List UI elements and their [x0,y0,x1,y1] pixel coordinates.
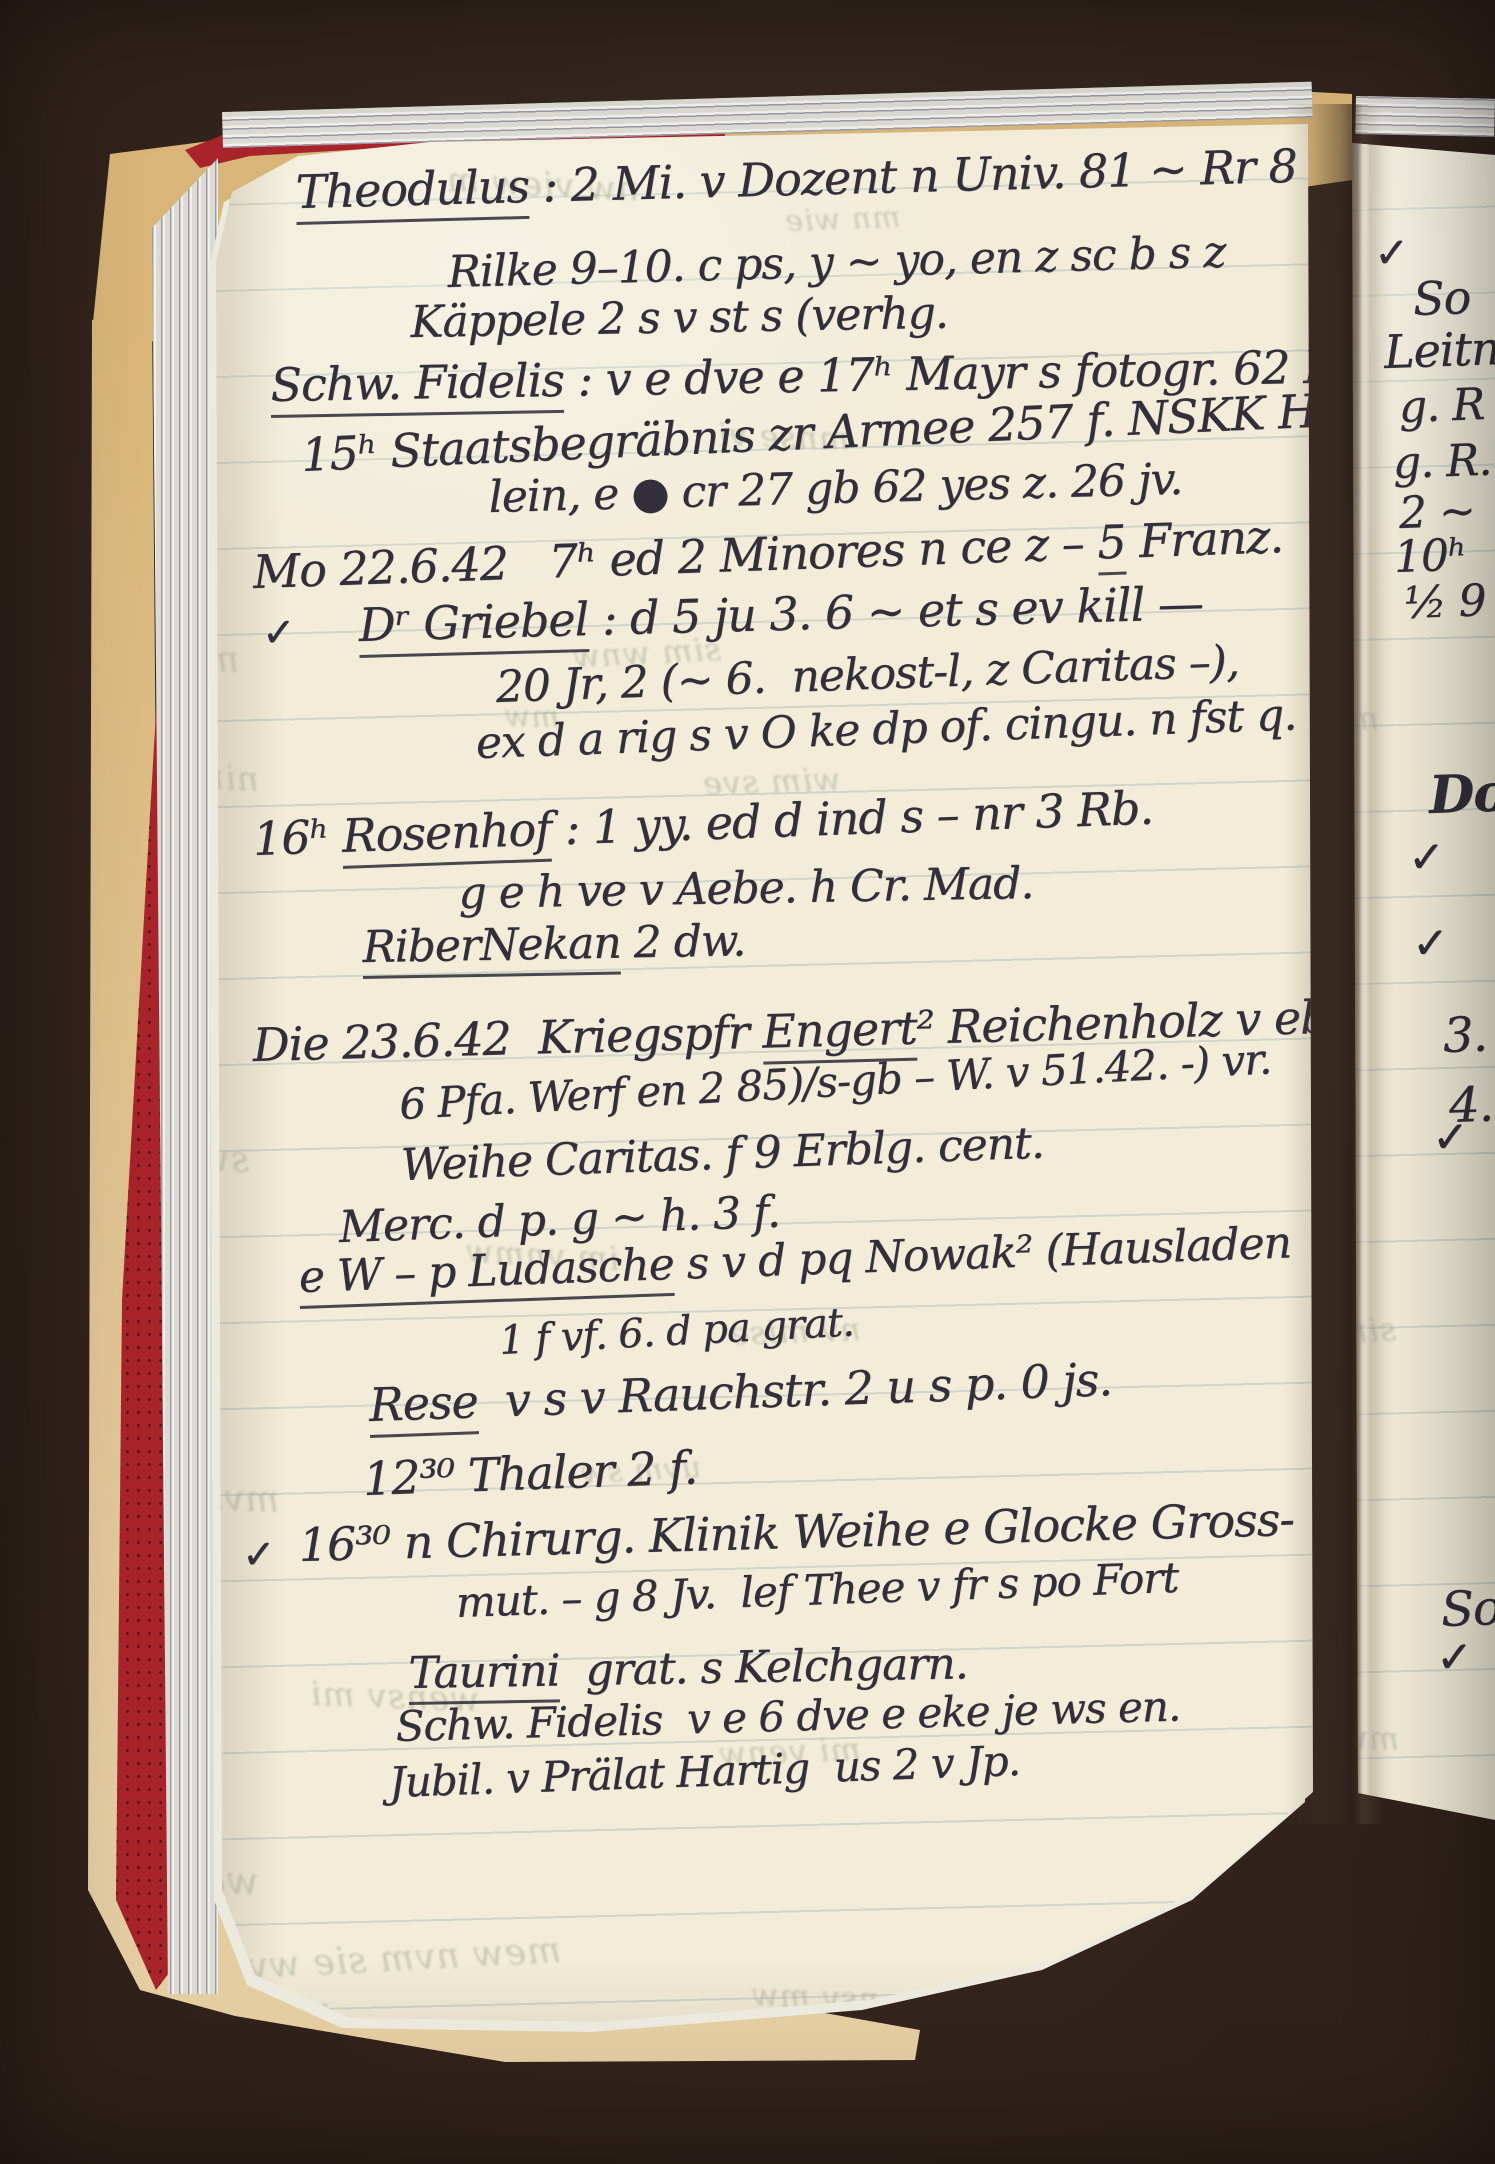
right-page: mvwsim vemw vn ✓SoLeitng. Rg. R.2 ~10ʰ½ … [1352,125,1495,1835]
handwriting-text: g e h ve v Aebe. h Cr. Mad. [458,858,1034,919]
handwriting-text: Weihe Caritas. f 9 Erblg. cent. [400,1118,1044,1191]
handwriting-text: Käppele 2 s v st s (verhg. [410,288,948,348]
handwriting-line: 10ʰ [1393,529,1467,582]
handwriting-line: Leitn [1383,321,1495,379]
handwriting-text: Leitn [1383,321,1495,379]
handwriting-text: 16ʰ [252,809,343,866]
left-page: nw view mmn wiemnse vimv wie mane ssim w… [215,120,1317,2050]
checkmark: ✓ [1432,1112,1468,1163]
handwriting-text: ✓ [262,610,295,656]
handwriting-line: So [1412,270,1471,326]
handwriting-line: So [1440,1580,1495,1638]
handwriting-line: 12³⁰ Thaler 2 f. [362,1440,698,1506]
underlined-word: 5 [1096,515,1126,576]
underlined-word: Schw. Fidelis [270,353,564,418]
handwriting-line: Weihe Caritas. f 9 Erblg. cent. [400,1118,1044,1191]
handwriting-line: g e h ve v Aebe. h Cr. Mad. [458,858,1034,919]
handwriting-line: Do [1428,762,1495,826]
handwriting-text: So [1440,1580,1495,1638]
handwriting-text: Do [1428,762,1495,826]
page-stack-top-edge-right [1355,96,1495,137]
handwriting-text: Rilke 9–10. c ps, y ~ yo, en z sc b s z [447,227,1226,298]
handwriting-line: g. R [1398,379,1485,433]
handwriting-line: Käppele 2 s v st s (verhg. [410,288,948,348]
handwriting-line: ½ 9 [1403,575,1486,629]
underlined-word: Dʳ Griebel [358,592,589,658]
checkmark: ✓ [242,1532,275,1578]
checkmark: ✓ [262,610,295,656]
checkmark: ✓ [1436,1632,1472,1683]
handwriting-text: ✓ [1374,228,1408,277]
handwriting-text: 12³⁰ Thaler 2 f. [362,1440,698,1506]
handwriting-line: Rese v s v Rauchstr. 2 u s p. 0 js. [368,1352,1113,1432]
underlined-word: e W – p Ludasche [298,1239,675,1309]
handwriting-text: Franz. [1124,509,1283,568]
handwriting-text: Die 23.6.42 Kriegspfr [252,1005,763,1072]
handwriting-text: 2 dw. [620,915,745,968]
checkmark: ✓ [1412,918,1448,969]
handwriting-text: 1 f vf. 6. d pa grat. [498,1299,855,1364]
photo-of-open-notebook: nw view mmn wiemnse vimv wie mane ssim w… [0,0,1495,2164]
handwriting-text: ✓ [1436,1632,1472,1683]
bleed-through-mark: mvw [1300,697,1380,738]
handwriting-text: : 2 Mi. v Dozent n Univ. 81 ~ Rr 8 [528,139,1297,213]
handwriting-line: 3. [1442,1006,1488,1063]
handwriting-text: So [1412,270,1471,326]
handwriting-text: ✓ [1432,1112,1468,1163]
bleed-through-mark: mn wie [784,200,901,239]
handwriting-text: 3. [1442,1006,1488,1063]
handwriting-text: g. R [1398,379,1485,433]
underlined-word: RiberNekan [362,917,621,978]
handwriting-text: : 1 yy. ed d ind s – nr 3 Rb. [550,781,1154,856]
handwriting-text: ½ 9 [1403,575,1486,629]
underlined-word: Rese [368,1374,479,1438]
handwriting-text: : d 5 ju 3. 6 ~ et s ev kill — [587,576,1203,646]
handwriting-line: g. R. [1392,435,1492,489]
checkmark: ✓ [1374,228,1408,277]
handwriting-text: ✓ [242,1532,275,1578]
underlined-word: Theodulus [295,159,530,225]
handwriting-text: ✓ [1408,832,1444,883]
handwriting-text: ✓ [1412,918,1448,969]
handwriting-text: 10ʰ [1393,529,1467,582]
handwriting-line: RiberNekan 2 dw. [362,915,746,973]
bleed-through-mark: mew nvm sie wv [246,1930,562,1987]
checkmark: ✓ [1408,832,1444,883]
underlined-word: Rosenhof [341,802,552,869]
handwriting-text: v s v Rauchstr. 2 u s p. 0 js. [477,1352,1113,1428]
handwriting-line: Rilke 9–10. c ps, y ~ yo, en z sc b s z [447,227,1226,298]
handwriting-text: g. R. [1392,435,1492,489]
underlined-word: Taurini [408,1645,560,1705]
handwriting-line: 1 f vf. 6. d pa grat. [498,1299,855,1364]
